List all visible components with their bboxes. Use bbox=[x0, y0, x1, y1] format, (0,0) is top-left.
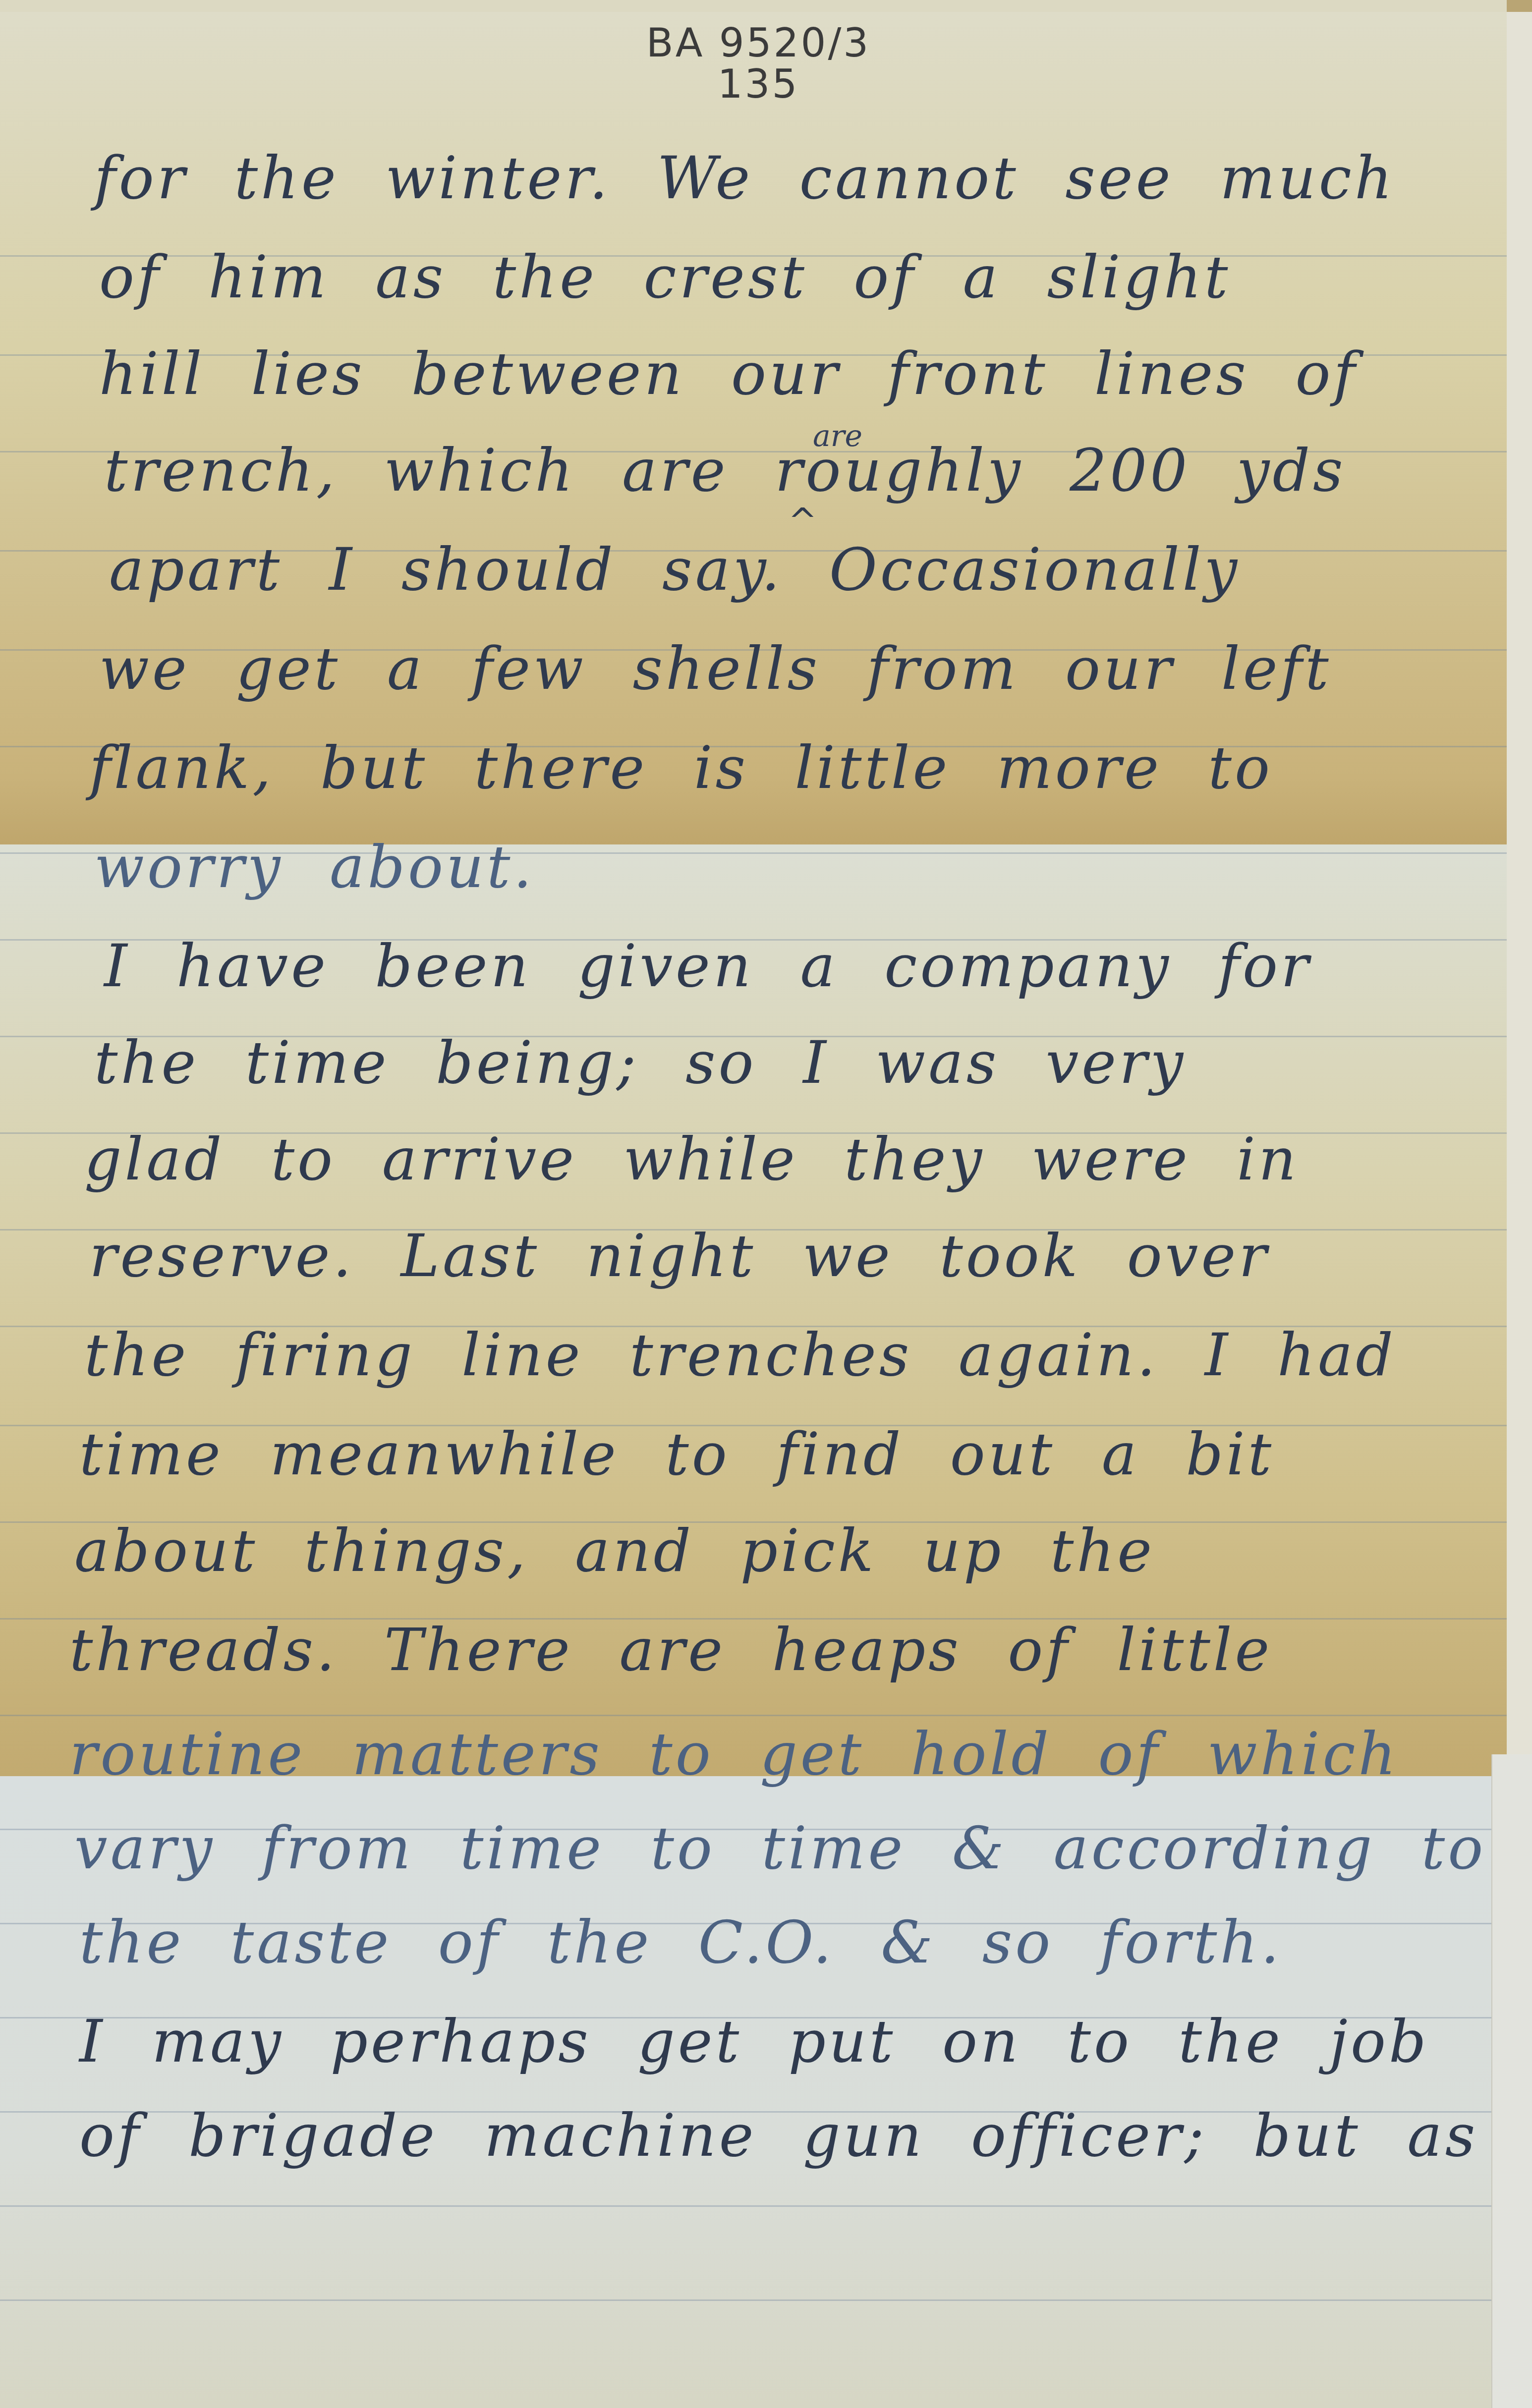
handwritten-line: I may perhaps get put on to the job bbox=[79, 2007, 1467, 2075]
mounting-board bbox=[1491, 1754, 1532, 2408]
handwritten-line: time meanwhile to find out a bit bbox=[79, 1420, 1467, 1488]
handwritten-line: vary from time to time & according to bbox=[74, 1814, 1462, 1882]
handwritten-line: glad to arrive while they were in bbox=[84, 1125, 1472, 1193]
catalog-reference: BA 9520/3 bbox=[585, 20, 932, 66]
ruled-line bbox=[0, 2205, 1507, 2207]
fold-panel-top bbox=[0, 12, 1507, 844]
handwritten-line: the firing line trenches again. I had bbox=[84, 1321, 1472, 1389]
letter-page: BA 9520/3 135 for the winter. We cannot … bbox=[0, 0, 1507, 2408]
folio-number: 135 bbox=[585, 61, 932, 107]
handwritten-line: hill lies between our front lines of bbox=[99, 339, 1487, 408]
handwritten-line: apart I should say. Occasionally bbox=[109, 535, 1497, 604]
handwritten-line: for the winter. We cannot see much bbox=[94, 144, 1482, 212]
handwritten-line: about things, and pick up the bbox=[74, 1516, 1462, 1585]
handwritten-line: of brigade machine gun officer; but as bbox=[79, 2101, 1467, 2170]
ruled-line bbox=[0, 2299, 1507, 2301]
inserted-correction: are bbox=[813, 419, 862, 453]
handwritten-line: the taste of the C.O. & so forth. bbox=[79, 1908, 1467, 1976]
handwritten-line: the time being; so I was very bbox=[94, 1028, 1482, 1097]
handwritten-line: reserve. Last night we took over bbox=[89, 1222, 1477, 1290]
insertion-caret-icon: ^ bbox=[788, 501, 817, 541]
handwritten-line: threads. There are heaps of little bbox=[69, 1616, 1457, 1684]
handwritten-line: we get a few shells from our left bbox=[99, 634, 1487, 703]
handwritten-line: of him as the crest of a slight bbox=[99, 243, 1487, 311]
handwritten-line: routine matters to get hold of which bbox=[69, 1720, 1457, 1788]
archive-reference: BA 9520/3 135 bbox=[585, 20, 932, 107]
handwritten-line: worry about. bbox=[94, 833, 1482, 901]
handwritten-line: I have been given a company for bbox=[104, 932, 1492, 1000]
handwritten-line: trench, which are roughly 200 yds bbox=[104, 436, 1492, 504]
handwritten-line: flank, but there is little more to bbox=[89, 733, 1477, 802]
ruled-line bbox=[0, 1715, 1507, 1716]
